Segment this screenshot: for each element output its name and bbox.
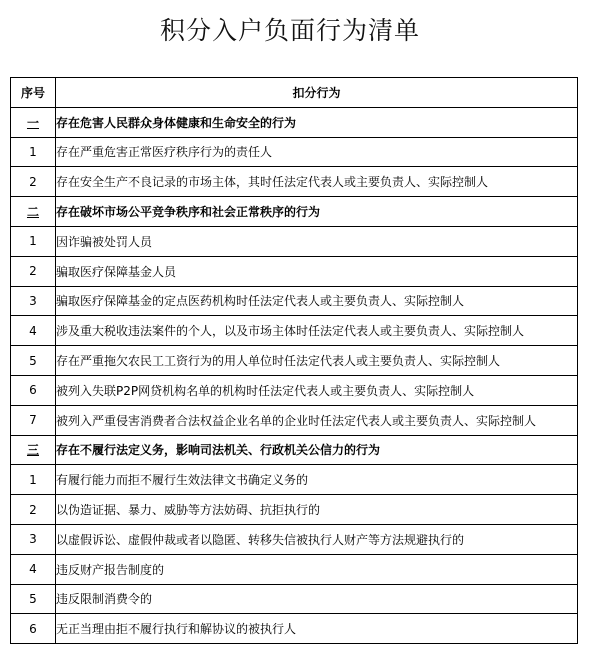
table-row: 5违反限制消费令的 <box>11 584 578 614</box>
table-row: 2以伪造证据、暴力、威胁等方法妨碍、抗拒执行的 <box>11 495 578 525</box>
row-number: 5 <box>11 346 56 376</box>
behavior-text: 以虚假诉讼、虚假仲裁或者以隐匿、转移失信被执行人财产等方法规避执行的 <box>56 524 578 554</box>
negative-behavior-table: 序号 扣分行为 一存在危害人民群众身体健康和生命安全的行为1存在严重危害正常医疗… <box>10 77 578 644</box>
behavior-text: 因诈骗被处罚人员 <box>56 226 578 256</box>
table-row: 3以虚假诉讼、虚假仲裁或者以隐匿、转移失信被执行人财产等方法规避执行的 <box>11 524 578 554</box>
row-number: 1 <box>11 226 56 256</box>
table-row: 6被列入失联P2P网贷机构名单的机构时任法定代表人或主要负责人、实际控制人 <box>11 375 578 405</box>
section-title: 存在不履行法定义务，影响司法机关、行政机关公信力的行为 <box>56 435 578 465</box>
behavior-text: 存在严重危害正常医疗秩序行为的责任人 <box>56 137 578 167</box>
section-row: 二存在破坏市场公平竞争秩序和社会正常秩序的行为 <box>11 197 578 227</box>
row-number: 4 <box>11 554 56 584</box>
row-number: 2 <box>11 495 56 525</box>
row-number: 7 <box>11 405 56 435</box>
behavior-text: 存在严重拖欠农民工工资行为的用人单位时任法定代表人或主要负责人、实际控制人 <box>56 346 578 376</box>
column-header-no: 序号 <box>11 78 56 108</box>
behavior-text: 违反限制消费令的 <box>56 584 578 614</box>
behavior-text: 有履行能力而拒不履行生效法律文书确定义务的 <box>56 465 578 495</box>
row-number: 3 <box>11 286 56 316</box>
behavior-text: 违反财产报告制度的 <box>56 554 578 584</box>
row-number: 4 <box>11 316 56 346</box>
table-row: 1有履行能力而拒不履行生效法律文书确定义务的 <box>11 465 578 495</box>
table-row: 1因诈骗被处罚人员 <box>11 226 578 256</box>
table-row: 2骗取医疗保障基金人员 <box>11 256 578 286</box>
behavior-text: 存在安全生产不良记录的市场主体，其时任法定代表人或主要负责人、实际控制人 <box>56 167 578 197</box>
table-row: 4违反财产报告制度的 <box>11 554 578 584</box>
behavior-text: 骗取医疗保障基金人员 <box>56 256 578 286</box>
section-number: 一 <box>11 107 56 137</box>
table-row: 1存在严重危害正常医疗秩序行为的责任人 <box>11 137 578 167</box>
behavior-text: 骗取医疗保障基金的定点医药机构时任法定代表人或主要负责人、实际控制人 <box>56 286 578 316</box>
row-number: 1 <box>11 137 56 167</box>
row-number: 2 <box>11 256 56 286</box>
row-number: 1 <box>11 465 56 495</box>
section-title: 存在危害人民群众身体健康和生命安全的行为 <box>56 107 578 137</box>
table-row: 4涉及重大税收违法案件的个人，以及市场主体时任法定代表人或主要负责人、实际控制人 <box>11 316 578 346</box>
document-title: 积分入户负面行为清单 <box>0 11 580 47</box>
section-row: 一存在危害人民群众身体健康和生命安全的行为 <box>11 107 578 137</box>
behavior-text: 涉及重大税收违法案件的个人，以及市场主体时任法定代表人或主要负责人、实际控制人 <box>56 316 578 346</box>
column-header-action: 扣分行为 <box>56 78 578 108</box>
section-number: 三 <box>11 435 56 465</box>
table-row: 6无正当理由拒不履行执行和解协议的被执行人 <box>11 614 578 644</box>
table-header-row: 序号 扣分行为 <box>11 78 578 108</box>
behavior-text: 以伪造证据、暴力、威胁等方法妨碍、抗拒执行的 <box>56 495 578 525</box>
table-row: 3骗取医疗保障基金的定点医药机构时任法定代表人或主要负责人、实际控制人 <box>11 286 578 316</box>
section-title: 存在破坏市场公平竞争秩序和社会正常秩序的行为 <box>56 197 578 227</box>
row-number: 5 <box>11 584 56 614</box>
row-number: 6 <box>11 614 56 644</box>
row-number: 3 <box>11 524 56 554</box>
section-row: 三存在不履行法定义务，影响司法机关、行政机关公信力的行为 <box>11 435 578 465</box>
table-row: 2存在安全生产不良记录的市场主体，其时任法定代表人或主要负责人、实际控制人 <box>11 167 578 197</box>
behavior-text: 被列入失联P2P网贷机构名单的机构时任法定代表人或主要负责人、实际控制人 <box>56 375 578 405</box>
table-row: 7被列入严重侵害消费者合法权益企业名单的企业时任法定代表人或主要负责人、实际控制… <box>11 405 578 435</box>
row-number: 2 <box>11 167 56 197</box>
table-row: 5存在严重拖欠农民工工资行为的用人单位时任法定代表人或主要负责人、实际控制人 <box>11 346 578 376</box>
section-number: 二 <box>11 197 56 227</box>
row-number: 6 <box>11 375 56 405</box>
behavior-text: 被列入严重侵害消费者合法权益企业名单的企业时任法定代表人或主要负责人、实际控制人 <box>56 405 578 435</box>
behavior-text: 无正当理由拒不履行执行和解协议的被执行人 <box>56 614 578 644</box>
